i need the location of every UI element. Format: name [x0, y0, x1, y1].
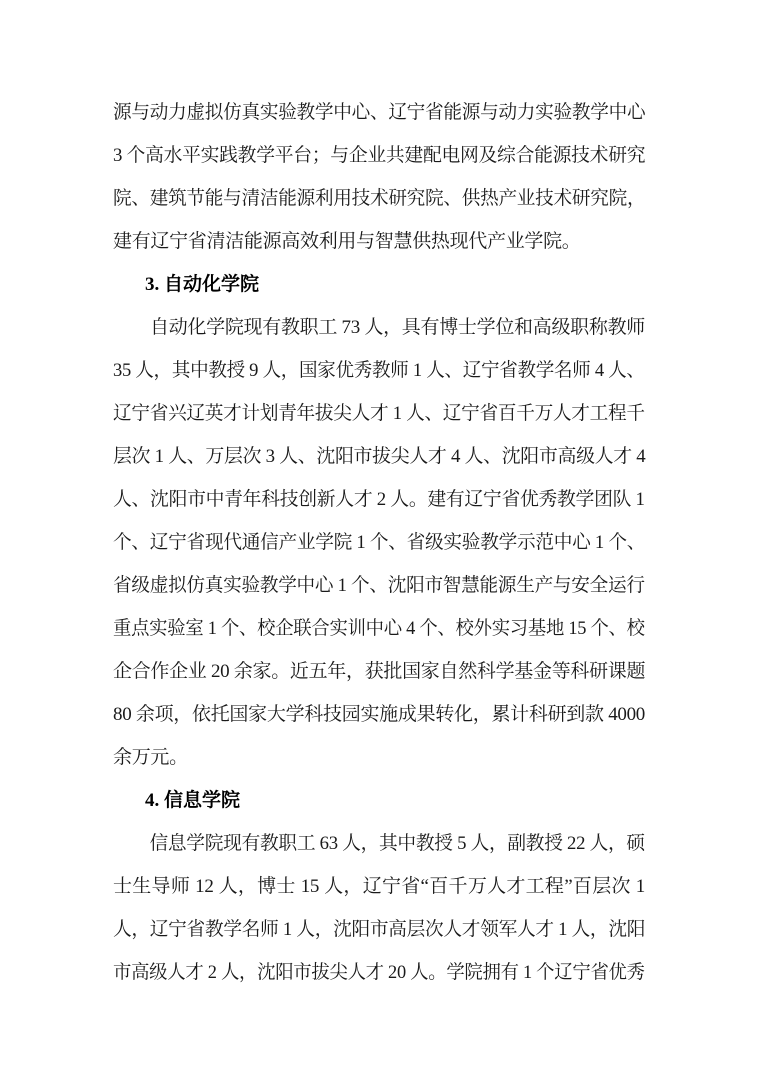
document-page: 源与动力虚拟仿真实验教学中心、辽宁省能源与动力实验教学中心 3 个高水平实践教学…	[0, 0, 758, 1071]
heading-automation-college: 3. 自动化学院	[113, 263, 645, 306]
text-line: 信息学院现有教职工 63 人，其中教授 5 人，副教授 22 人，硕	[113, 822, 637, 865]
text-line: 省级虚拟仿真实验教学中心 1 个、沈阳市智慧能源生产与安全运行	[113, 564, 635, 607]
text-line: 辽宁省兴辽英才计划青年拔尖人才 1 人、辽宁省百千万人才工程千	[113, 392, 635, 435]
paragraph-energy-college-continuation: 源与动力虚拟仿真实验教学中心、辽宁省能源与动力实验教学中心 3 个高水平实践教学…	[113, 91, 645, 263]
paragraph-information-college: 信息学院现有教职工 63 人，其中教授 5 人，副教授 22 人，硕 士生导师 …	[113, 822, 645, 994]
text-line: 市高级人才 2 人，沈阳市拔尖人才 20 人。学院拥有 1 个辽宁省优秀	[113, 951, 628, 994]
text-line: 重点实验室 1 个、校企联合实训中心 4 个、校外实习基地 15 个、校	[113, 607, 628, 650]
text-line: 人、沈阳市中青年科技创新人才 2 人。建有辽宁省优秀教学团队 1	[113, 478, 640, 521]
text-line: 建有辽宁省清洁能源高效利用与智慧供热现代产业学院。	[113, 220, 645, 263]
heading-information-college: 4. 信息学院	[113, 779, 645, 822]
text-line: 人，辽宁省教学名师 1 人，沈阳市高层次人才领军人才 1 人，沈阳	[113, 908, 636, 951]
text-line: 35 人，其中教授 9 人，国家优秀教师 1 人、辽宁省教学名师 4 人、	[113, 349, 632, 392]
text-line: 企合作企业 20 余家。近五年，获批国家自然科学基金等科研课题	[113, 650, 645, 693]
paragraph-automation-college: 自动化学院现有教职工 73 人，具有博士学位和高级职称教师 35 人，其中教授 …	[113, 306, 645, 779]
text-line: 士生导师 12 人，博士 15 人，辽宁省“百千万人才工程”百层次 1	[113, 865, 645, 908]
text-line: 层次 1 人、万层次 3 人、沈阳市拔尖人才 4 人、沈阳市高级人才 4	[113, 435, 642, 478]
text-line: 80 余项，依托国家大学科技园实施成果转化，累计科研到款 4000	[113, 693, 645, 736]
text-line: 自动化学院现有教职工 73 人，具有博士学位和高级职称教师	[113, 306, 645, 349]
text-line: 3 个高水平实践教学平台；与企业共建配电网及综合能源技术研究	[113, 134, 640, 177]
text-line: 院、建筑节能与清洁能源利用技术研究院、供热产业技术研究院，	[113, 177, 635, 220]
text-line: 源与动力虚拟仿真实验教学中心、辽宁省能源与动力实验教学中心	[113, 91, 635, 134]
text-line: 余万元。	[113, 736, 645, 779]
text-line: 个、辽宁省现代通信产业学院 1 个、省级实验教学示范中心 1 个、	[113, 521, 636, 564]
